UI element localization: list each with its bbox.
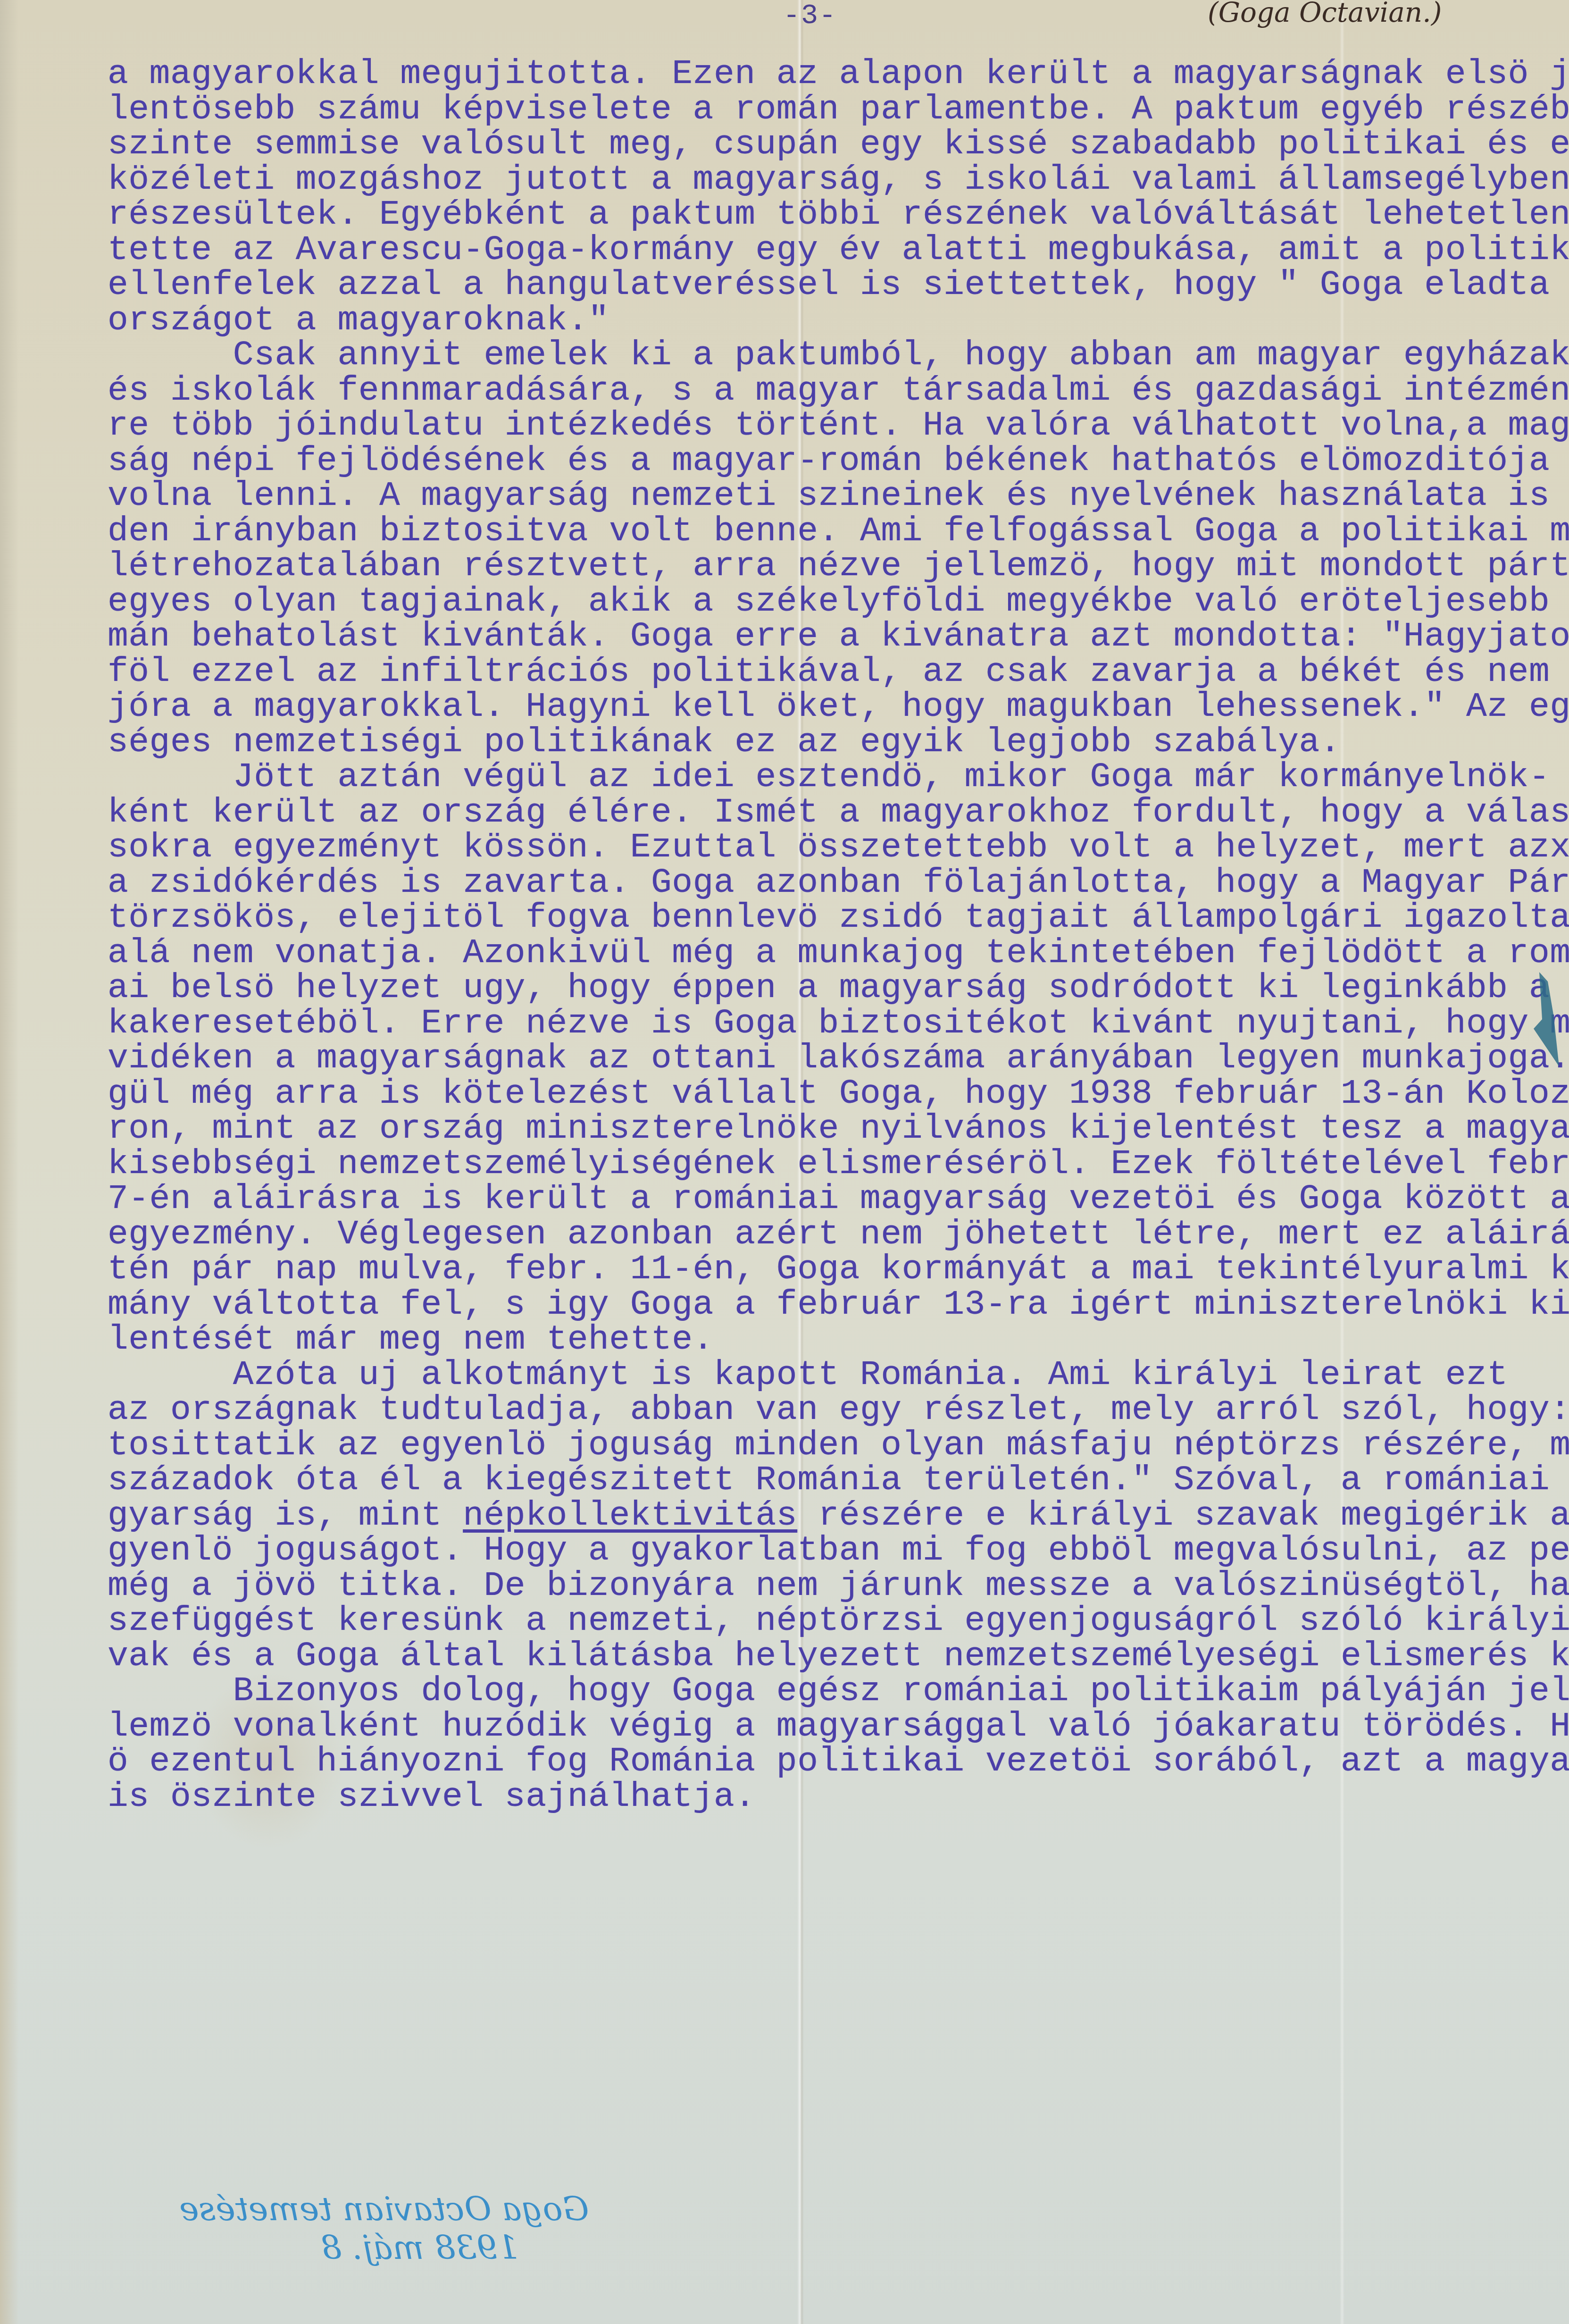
text-line: Azóta uj alkotmányt is kapott Románia. A… [108, 1358, 1561, 1393]
text-line: a magyarokkal megujitotta. Ezen az alapo… [108, 57, 1561, 92]
text-line: volna lenni. A magyarság nemzeti szinein… [108, 478, 1561, 514]
text-line: egyezmény. Véglegesen azonban azért nem … [108, 1217, 1561, 1252]
text-line: országot a magyaroknak." [108, 303, 1561, 338]
text-line: is öszinte szivvel sajnálhatja. [108, 1779, 1561, 1815]
text-line: az országnak tudtuladja, abban van egy r… [108, 1393, 1561, 1428]
text-line: sokra egyezményt kössön. Ezuttal összete… [108, 830, 1561, 865]
text-line: lemzö vonalként huzódik végig a magyarsá… [108, 1709, 1561, 1745]
text-line: gül még arra is kötelezést vállalt Goga,… [108, 1076, 1561, 1112]
handwritten-footer-note-mirrored: Goga Octavian temetése 1938 máj. 8 [179, 2190, 675, 2267]
text-line: kisebbségi nemzetszemélyiségének elismer… [108, 1147, 1561, 1182]
text-line: ö ezentul hiányozni fog Románia politika… [108, 1744, 1561, 1779]
text-line: ron, mint az ország miniszterelnöke nyil… [108, 1111, 1561, 1147]
text-line: alá nem vonatja. Azonkivül még a munkajo… [108, 936, 1561, 971]
text-line: a zsidókérdés is zavarta. Goga azonban f… [108, 865, 1561, 901]
text-line: gyarság is, mint népkollektivitás részér… [108, 1498, 1561, 1534]
text-line: és iskolák fennmaradására, s a magyar tá… [108, 373, 1561, 409]
text-line: mán behatolást kivánták. Goga erre a kiv… [108, 619, 1561, 654]
text-line: 7-én aláirásra is került a romániai magy… [108, 1182, 1561, 1217]
text-line: séges nemzetiségi politikának ez az egyi… [108, 725, 1561, 760]
handwritten-header-note: (Goga Octavian.) [1208, 0, 1442, 28]
text-line: még a jövö titka. De bizonyára nem járun… [108, 1569, 1561, 1604]
paper-edge-shadow [0, 0, 19, 2324]
text-line: Jött aztán végül az idei esztendö, mikor… [108, 760, 1561, 795]
footer-note-line-1: Goga Octavian temetése [179, 2190, 675, 2228]
page-number: -3- [783, 0, 837, 32]
text-line: den irányban biztositva volt benne. Ami … [108, 514, 1561, 549]
text-line: századok óta él a kiegészitett Románia t… [108, 1463, 1561, 1498]
text-line: részesültek. Egyébként a paktum többi ré… [108, 197, 1561, 233]
text-line: közéleti mozgáshoz jutott a magyarság, s… [108, 162, 1561, 198]
text-line: ellenfelek azzal a hangulatveréssel is s… [108, 268, 1561, 303]
text-line: ként került az ország élére. Ismét a mag… [108, 795, 1561, 831]
text-line: vidéken a magyarságnak az ottani lakószá… [108, 1041, 1561, 1076]
text-line: föl ezzel az infiltrációs politikával, a… [108, 654, 1561, 690]
text-line: ság népi fejlödésének és a magyar-román … [108, 444, 1561, 479]
text-line: ai belsö helyzet ugy, hogy éppen a magya… [108, 971, 1561, 1006]
text-line: kakeresetéböl. Erre nézve is Goga biztos… [108, 1006, 1561, 1041]
text-line: gyenlö joguságot. Hogy a gyakorlatban mi… [108, 1533, 1561, 1569]
text-line: egyes olyan tagjainak, akik a székelyföl… [108, 584, 1561, 620]
underlined-phrase: népkollektivitás [463, 1496, 797, 1535]
text-line: létrehozatalában résztvett, arra nézve j… [108, 549, 1561, 584]
text-line: re több jóindulatu intézkedés történt. H… [108, 408, 1561, 444]
text-line: tén pár nap mulva, febr. 11-én, Goga kor… [108, 1252, 1561, 1287]
text-line: lentését már meg nem tehette. [108, 1322, 1561, 1358]
footer-note-line-2: 1938 máj. 8 [179, 2228, 675, 2267]
text-line: vak és a Goga által kilátásba helyezett … [108, 1639, 1561, 1674]
text-line: törzsökös, elejitöl fogva bennlevö zsidó… [108, 900, 1561, 936]
text-line: szinte semmise valósult meg, csupán egy … [108, 127, 1561, 162]
text-line: Bizonyos dolog, hogy Goga egész romániai… [108, 1674, 1561, 1709]
text-line: lentösebb számu képviselete a román parl… [108, 92, 1561, 127]
typewritten-body: a magyarokkal megujitotta. Ezen az alapo… [108, 57, 1561, 1814]
text-line: Csak annyit emelek ki a paktumból, hogy … [108, 338, 1561, 373]
text-line: mány váltotta fel, s igy Goga a február … [108, 1287, 1561, 1323]
text-line: tosittatik az egyenlö joguság minden oly… [108, 1428, 1561, 1463]
text-line: jóra a magyarokkal. Hagyni kell öket, ho… [108, 689, 1561, 725]
text-line: szefüggést keresünk a nemzeti, néptörzsi… [108, 1603, 1561, 1639]
text-line: tette az Avarescu-Goga-kormány egy év al… [108, 233, 1561, 268]
